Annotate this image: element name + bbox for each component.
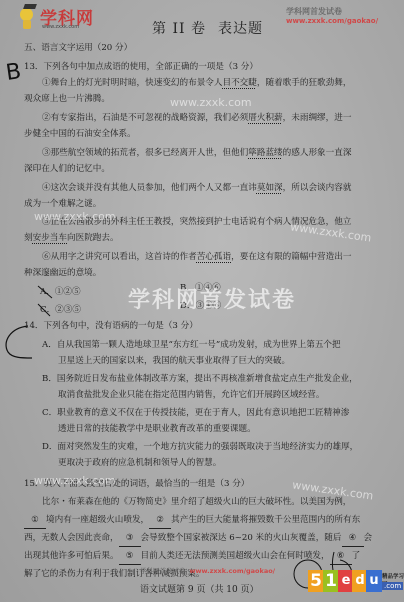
q14-option-c-cont: 透进日常的技能教学中是职业教育改革的重要课题。 [58, 421, 256, 437]
handwritten-answer-13: B [4, 59, 22, 86]
bottom-watermark: 学科网首发试卷www.zxxk.com/gaokao/ [140, 566, 275, 575]
q13-item-2: ②有专家指出，石油是不可忽视的战略资源，我们必须厝火积薪，未雨绸缪，进一 [42, 110, 351, 126]
page-number: 语文试题第 9 页（共 10 页） [140, 582, 259, 595]
volume-label: 第 II 卷 [152, 21, 206, 37]
edu-char: 1 [323, 570, 339, 592]
strike-marks [36, 284, 56, 318]
edu-domain: .com [382, 582, 403, 590]
question-13-stem: 13．下列各句中加点成语的使用，全部正确的一项是（3 分） [24, 59, 258, 75]
url-watermark: www.zxxk.com [170, 96, 252, 109]
watermark-text: 学科网首发试卷 [286, 6, 378, 17]
q13-item-2-cont: 步健全中国的石油安全体系。 [24, 126, 136, 142]
q14-option-d[interactable]: D．面对突然发生的灾难，一个地方抗灾能力的强弱既取决于当地经济实力的雄厚， [42, 439, 358, 455]
q14-option-a-cont: 卫星送上天的国家以来，我国的航天事业取得了巨大的突破。 [58, 353, 290, 369]
q13-item-1-cont: 观众席上也一片沸腾。 [24, 91, 110, 107]
top-watermark: 学科网首发试卷 www.zxxk.com/gaokao/ [286, 6, 378, 25]
graduation-cap-icon [23, 4, 37, 9]
mascot-body [23, 20, 31, 29]
q13-item-6-cont: 种深邃幽远的意境。 [24, 265, 101, 281]
q15-line-2: ①境内有一座超级火山喷发，②其产生的巨大能量将摧毁数千公里范围内的所有东 [24, 512, 360, 529]
51edu-logo: 5 1 e d u 精品学习网 .com [308, 570, 404, 596]
question-14-stem: 14．下列各句中，没有语病的一句是（3 分） [24, 318, 198, 334]
q13-item-3: ③那些航空领域的拓荒者，很多已经离开人世，但他们筚路蓝缕的感人形象一直深 [42, 145, 351, 161]
q13-item-4: ④这次会谈并没有其他人员参加，他们两个人又都一直讳莫如深，所以会谈内容就 [42, 180, 351, 196]
q13-item-6: ⑥从用字之讲究可以看出，这首诗的作者苦心孤诣，要在这有限的篇幅中营造出一 [42, 249, 351, 265]
section-title: 第 II 卷表达题 [152, 18, 275, 38]
part-title: 五、语言文字运用（20 分） [24, 40, 132, 56]
url-watermark: www.zxxk.com [34, 210, 116, 223]
site-logo: 学科网 www.zxxk.com [18, 4, 98, 32]
logo-url: www.zxxk.com [42, 24, 79, 30]
q13-item-5-cont: 刻安步当车向医院跑去。 [24, 230, 119, 246]
edu-char: 5 [308, 570, 324, 592]
q14-option-b[interactable]: B．国务院近日发布盐业体制改革方案，提出不再核准新增食盐定点生产批发企业， [42, 371, 358, 387]
q14-option-a[interactable]: A．自从我国第一颗人造地球卫星“东方红一号”成功发射，成为世界上第五个把 [42, 337, 341, 353]
q15-line-3: 西，无数人会因此丧命，③会导致整个国家被深达 6~20 米的火山灰覆盖，随后④会 [24, 530, 372, 547]
q14-option-d-cont: 更取决于政府的应急机制和领导人的智慧。 [58, 455, 221, 471]
url-watermark: www.zxxk.com [34, 474, 116, 487]
q14-option-c[interactable]: C．职业教育的意义不仅在于传授技能，更在于育人，因此有意识地把工匠精神渗 [42, 405, 349, 421]
section-name: 表达题 [218, 21, 263, 37]
q15-line-1: 比尔・布莱森在他的《万物简史》里介绍了超级火山的巨大破坏性。以美国为例， [42, 494, 351, 510]
edu-char: u [366, 570, 382, 592]
q13-item-1: ①舞台上的灯光时明时暗，快速变幻的布景令人目不交睫，随着歌手的狂歌劲舞， [42, 75, 351, 91]
q13-item-3-cont: 深印在人们的记忆中。 [24, 161, 110, 177]
watermark-url: www.zxxk.com/gaokao/ [286, 17, 378, 25]
center-watermark: 学科网首发试卷 [128, 283, 296, 314]
q14-option-b-cont: 取消食盐批发企业只能在指定范围内销售，允许它们开展跨区域经营。 [58, 387, 324, 403]
